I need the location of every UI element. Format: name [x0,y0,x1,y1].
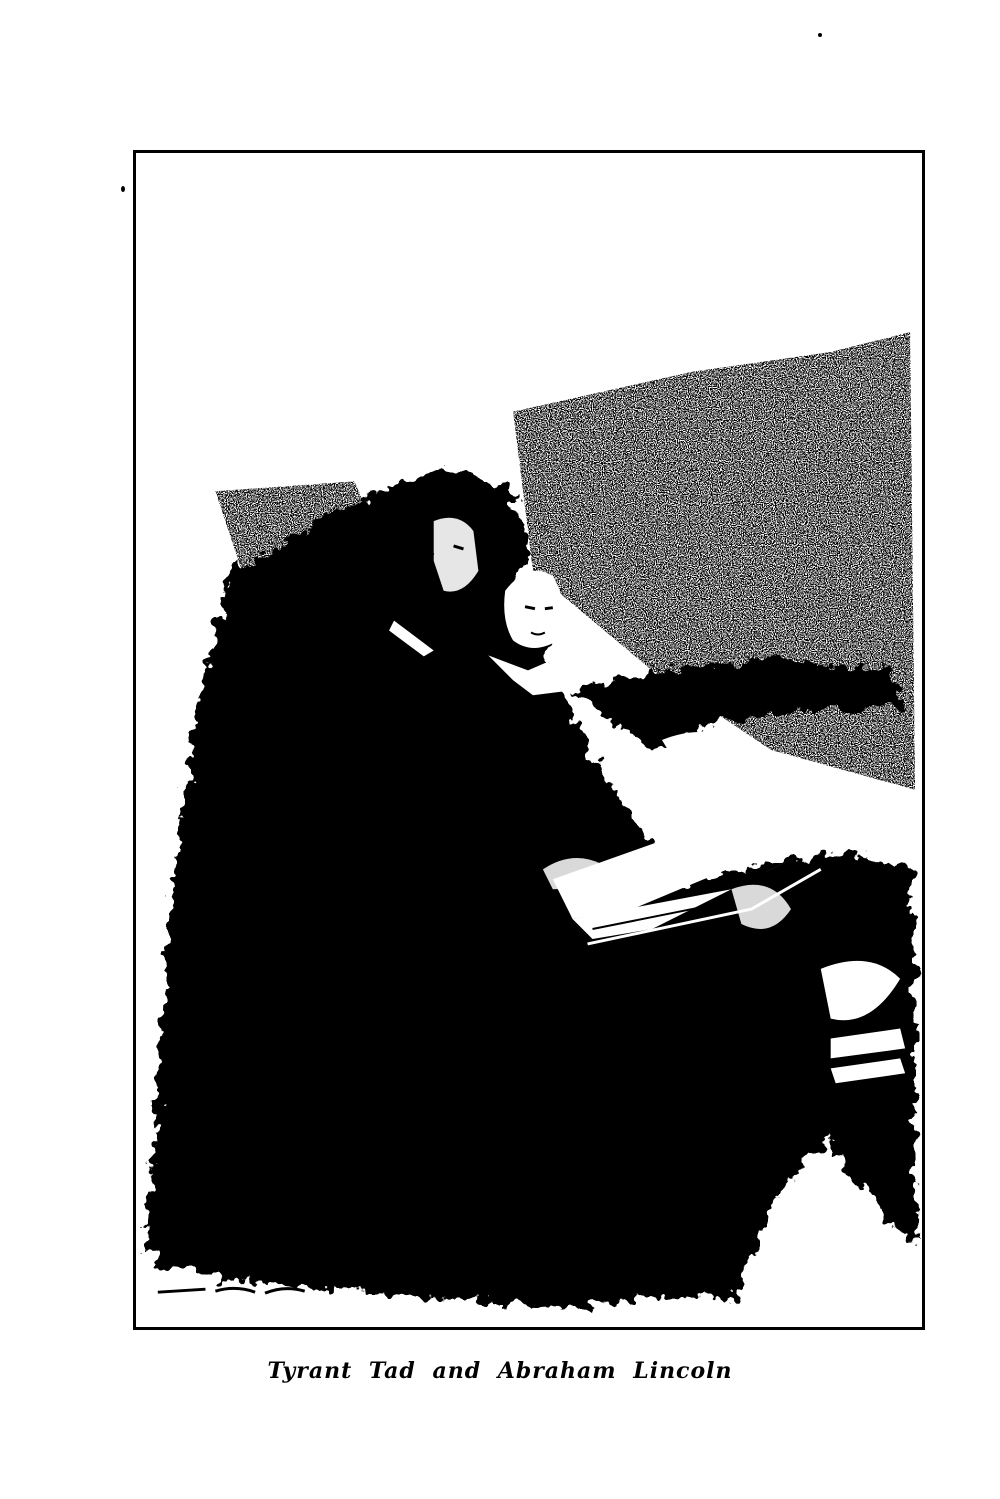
scan-speck [818,33,822,37]
scan-speck [121,186,125,192]
illustration-plate [133,150,925,1330]
book-page: Tyrant Tad and Abraham Lincoln [0,0,1000,1499]
illustration [136,153,922,1327]
plate-caption: Tyrant Tad and Abraham Lincoln [0,1358,1000,1384]
